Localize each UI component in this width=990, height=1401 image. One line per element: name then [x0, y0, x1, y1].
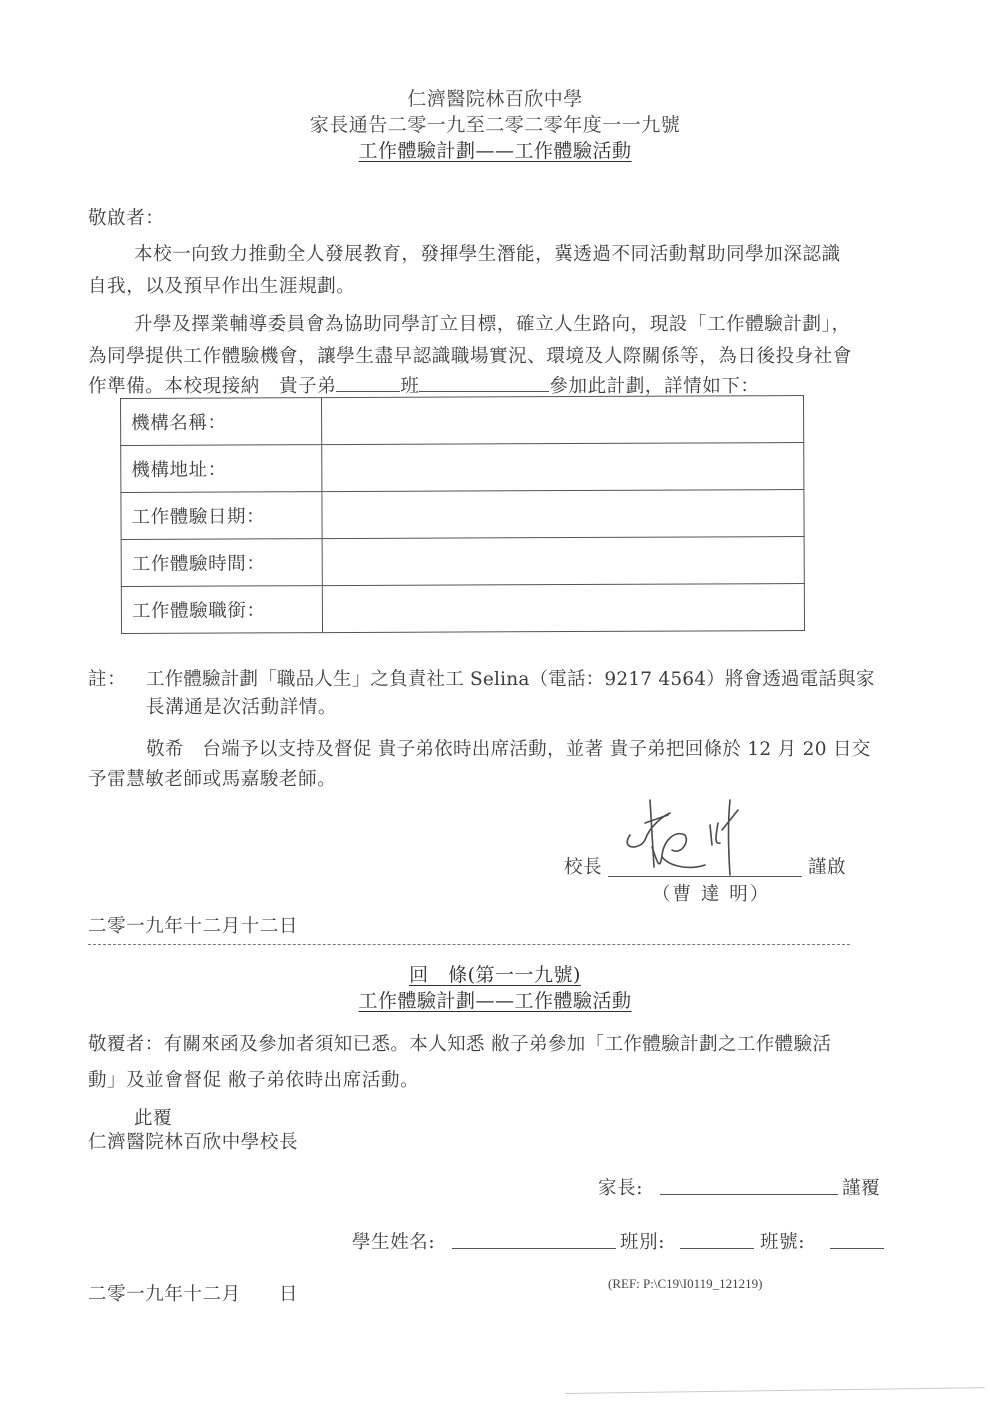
row-value-work-title[interactable] [322, 584, 804, 633]
table-row: 機構地址： [121, 443, 804, 493]
parent-suffix: 謹覆 [842, 1174, 880, 1200]
paragraph2-line3-class: 班 [400, 376, 419, 397]
table-row: 工作體驗時間： [121, 537, 804, 587]
row-label-work-time: 工作體驗時間： [121, 539, 322, 587]
class-label: 班別: [620, 1228, 665, 1254]
paragraph1-line2: 自我，以及預早作出生涯規劃。 [88, 272, 355, 298]
student-class-blank[interactable] [336, 373, 400, 392]
signature-suffix: 謹啟 [808, 853, 846, 879]
reply-body-line1: 敬覆者：有關來函及參加者須知已悉。本人知悉 敝子弟參加「工作體驗計劃之工作體驗活 [88, 1030, 831, 1056]
signature-line [608, 876, 802, 877]
document-title: 工作體驗計劃——工作體驗活動 [0, 136, 990, 163]
class-number-label: 班號: [760, 1228, 805, 1254]
paragraph2-line3-prefix: 作準備。本校現接納 貴子弟 [88, 376, 336, 397]
paragraph2-line3: 作準備。本校現接納 貴子弟班參加此計劃，詳情如下： [88, 372, 760, 398]
principal-name: （曹 達 明） [652, 880, 770, 906]
paragraph2-line2: 為同學提供工作體驗機會，讓學生盡早認識職場實況、環境及人際關係等，為日後投身社會 [88, 342, 852, 368]
details-table: 機構名稱： 機構地址： 工作體驗日期： 工作體驗時間： 工作體驗職銜： [120, 395, 805, 634]
student-name-field[interactable] [452, 1248, 616, 1249]
document-title-text: 工作體驗計劃——工作體驗活動 [358, 140, 631, 162]
reply-date: 二零一九年十二月 日 [88, 1280, 298, 1306]
row-label-organization-address: 機構地址： [121, 445, 322, 493]
reply-slip-title-text: 回 條(第一一九號) [409, 964, 581, 986]
paragraph1-line1: 本校一向致力推動全人發展教育，發揮學生潛能，冀透過不同活動幫助同學加深認識 [134, 240, 841, 266]
row-value-organization-name[interactable] [322, 396, 804, 445]
reply-slip-subtitle-text: 工作體驗計劃——工作體驗活動 [358, 990, 631, 1012]
note-line2: 長溝通是次活動詳情。 [146, 693, 337, 719]
table-row: 工作體驗職銜： [121, 584, 804, 634]
closing-line2: 予雷慧敏老師或馬嘉駿老師。 [88, 765, 336, 791]
paragraph2-line1: 升學及擇業輔導委員會為協助同學訂立目標，確立人生路向，現設「工作體驗計劃」， [134, 310, 851, 336]
parent-signature-field[interactable] [660, 1194, 838, 1195]
reply-body-line2: 動」及並會督促 敝子弟依時出席活動。 [88, 1066, 419, 1092]
reply-slip-title: 回 條(第一一九號) [0, 960, 990, 987]
signature-role: 校長 [564, 853, 602, 879]
row-label-work-date: 工作體驗日期： [121, 492, 322, 540]
note-line1: 工作體驗計劃「職品人生」之負責社工 Selina（電話：9217 4564）將會… [146, 665, 875, 691]
scan-artifact-line [565, 1387, 985, 1394]
reply-to-line2: 仁濟醫院林百欣中學校長 [88, 1128, 298, 1154]
table-row: 工作體驗日期： [121, 490, 804, 540]
table-row: 機構名稱： [121, 396, 804, 446]
closing-line1: 敬希 台端予以支持及督促 貴子弟依時出席活動，並著 貴子弟把回條於 12 月 2… [146, 735, 871, 761]
paragraph2-line3-suffix: 參加此計劃，詳情如下： [549, 376, 759, 397]
reply-slip-subtitle: 工作體驗計劃——工作體驗活動 [0, 986, 990, 1013]
reply-to-line1: 此覆 [134, 1104, 172, 1130]
note-label: 註： [88, 665, 126, 691]
reference-code: (REF: P:\C19\I0119_121219) [608, 1276, 762, 1292]
notice-number: 家長通告二零一九至二零二零年度一一九號 [0, 110, 990, 137]
cut-line-divider [88, 944, 850, 945]
principal-signature-icon [590, 795, 780, 880]
class-field[interactable] [680, 1248, 754, 1249]
row-value-organization-address[interactable] [322, 443, 804, 492]
issue-date: 二零一九年十二月十二日 [88, 912, 298, 938]
salutation: 敬啟者： [88, 204, 164, 230]
class-number-field[interactable] [830, 1248, 884, 1249]
student-name-blank[interactable] [419, 373, 549, 392]
row-value-work-time[interactable] [322, 537, 804, 586]
row-label-work-title: 工作體驗職銜： [121, 586, 322, 634]
school-name: 仁濟醫院林百欣中學 [0, 84, 990, 111]
student-name-label: 學生姓名: [352, 1228, 435, 1254]
row-label-organization-name: 機構名稱： [121, 398, 322, 446]
parent-label: 家長: [598, 1174, 643, 1200]
row-value-work-date[interactable] [322, 490, 804, 539]
